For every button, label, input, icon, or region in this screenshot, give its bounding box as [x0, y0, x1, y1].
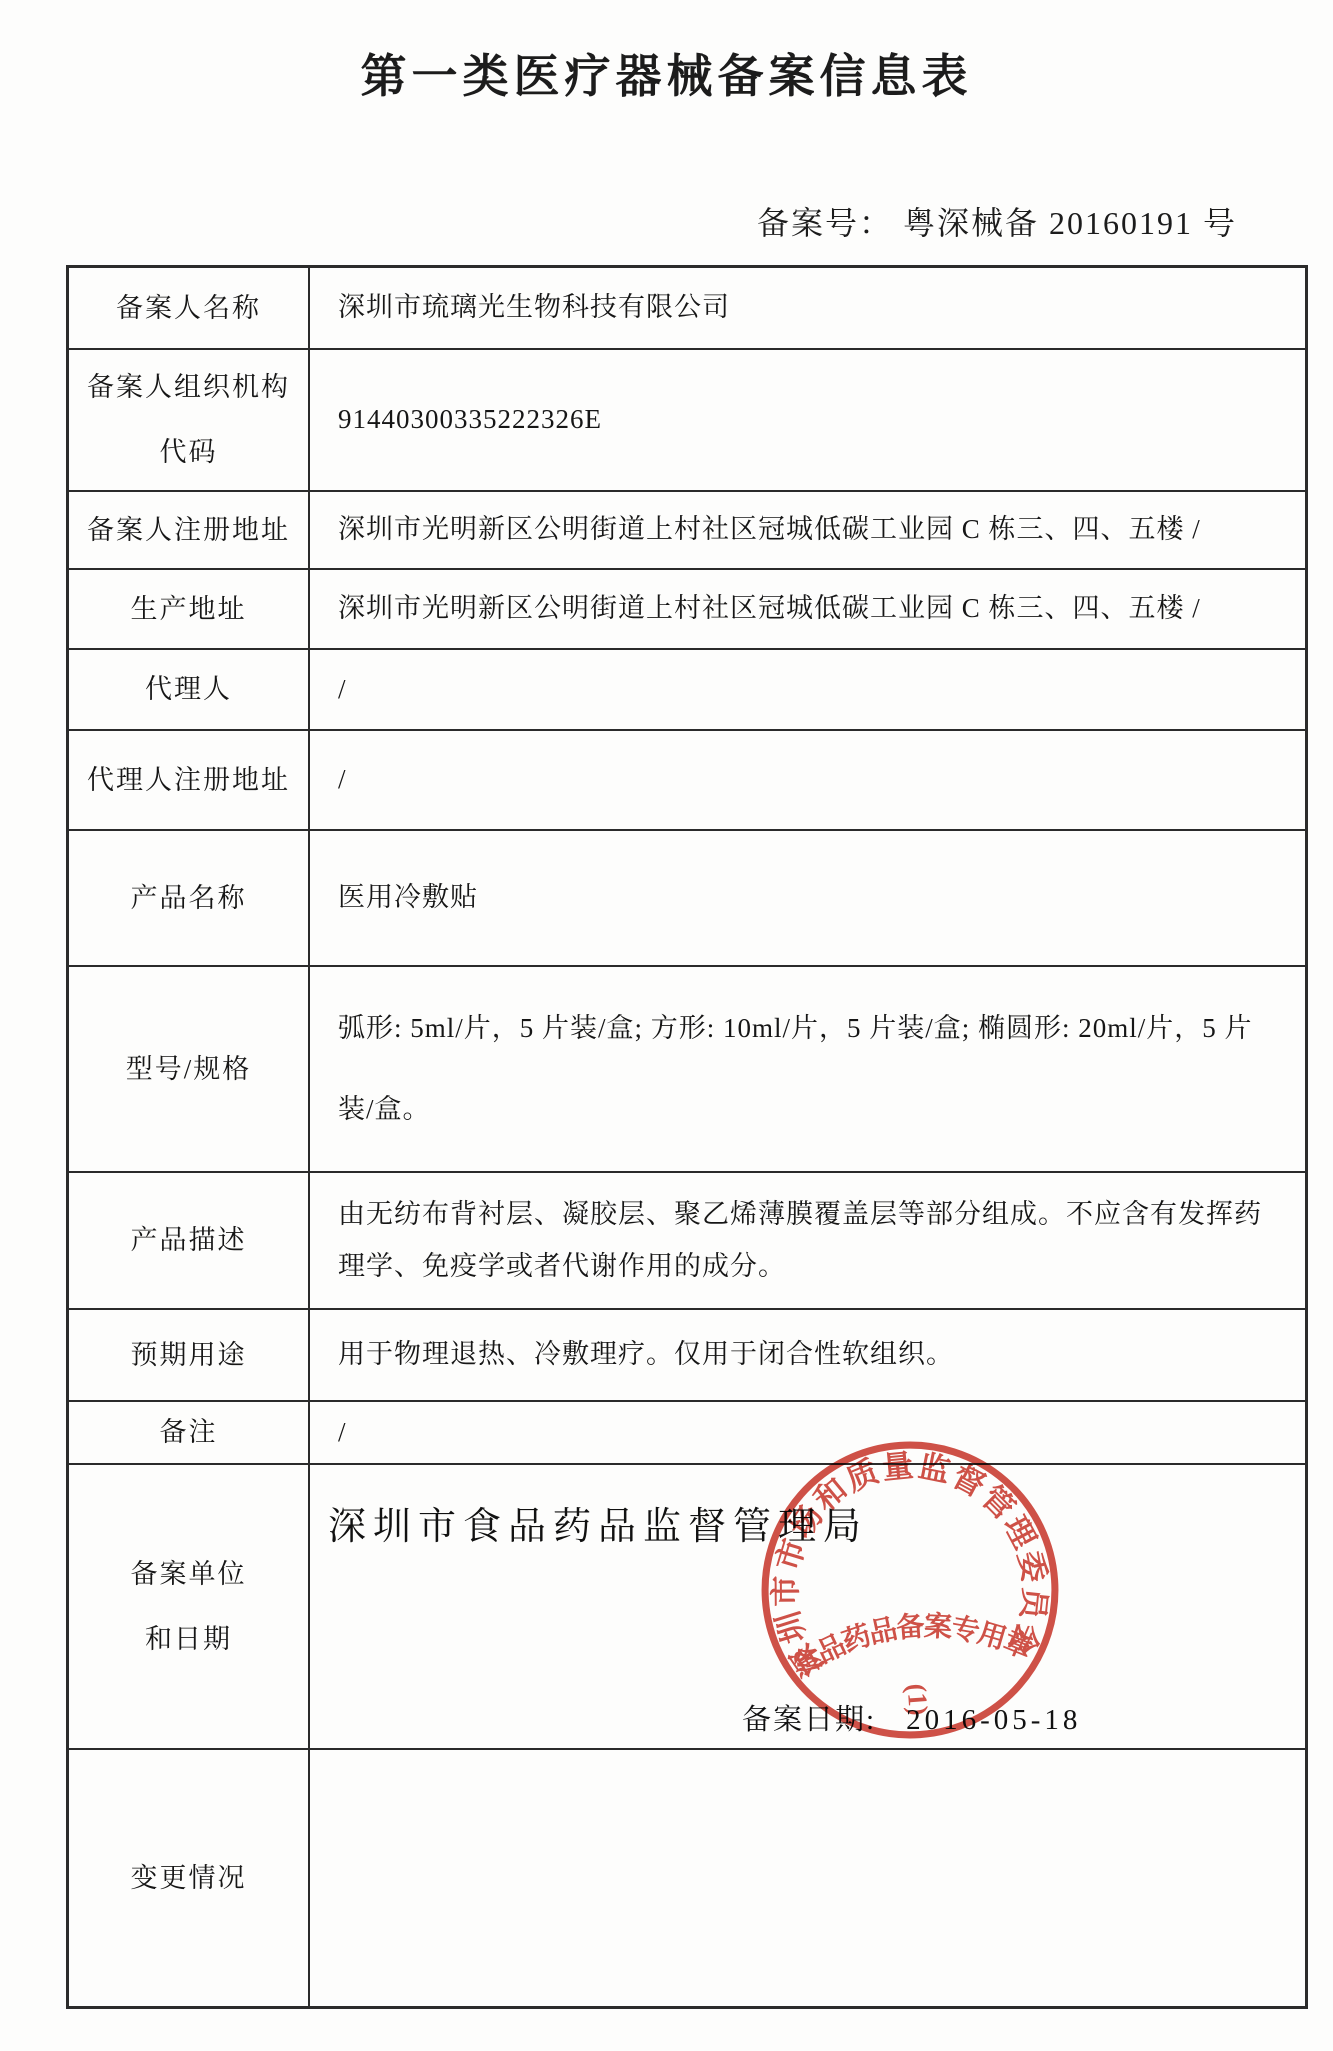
row-label: 代理人 [69, 650, 310, 729]
row-value: 医用冷敷贴 [310, 831, 1305, 965]
row-value: 深圳市琉璃光生物科技有限公司 [310, 268, 1305, 348]
row-label: 备案单位 和日期 [69, 1465, 310, 1748]
registration-number-value: 粤深械备 20160191 号 [903, 205, 1237, 241]
row-value: 弧形: 5ml/片，5 片装/盒; 方形: 10ml/片，5 片装/盒; 椭圆形… [310, 967, 1305, 1171]
table-row: 产品名称 医用冷敷贴 [69, 829, 1305, 965]
table-row: 备案人组织机构 代码 91440300335222326E [69, 348, 1305, 490]
table-row: 变更情况 [69, 1748, 1305, 2006]
table-row: 生产地址 深圳市光明新区公明街道上村社区冠城低碳工业园 C 栋三、四、五楼 / [69, 568, 1305, 648]
table-row: 备案人注册地址 深圳市光明新区公明街道上村社区冠城低碳工业园 C 栋三、四、五楼… [69, 490, 1305, 568]
row-value [310, 1750, 1305, 2006]
row-label: 变更情况 [69, 1750, 310, 2006]
row-label: 备注 [69, 1402, 310, 1463]
row-label: 生产地址 [69, 570, 310, 648]
table-row: 预期用途 用于物理退热、冷敷理疗。仅用于闭合性软组织。 [69, 1308, 1305, 1400]
registration-number-line: 备案号：粤深械备 20160191 号 [757, 198, 1237, 244]
table-row-filing-unit: 备案单位 和日期 深圳市食品药品监督管理局 备案日期:2016-05-18 [69, 1463, 1305, 1748]
table-row: 产品描述 由无纺布背衬层、凝胶层、聚乙烯薄膜覆盖层等部分组成。不应含有发挥药理学… [69, 1171, 1305, 1308]
row-value: 由无纺布背衬层、凝胶层、聚乙烯薄膜覆盖层等部分组成。不应含有发挥药理学、免疫学或… [310, 1173, 1305, 1308]
page-title: 第一类医疗器械备案信息表 [0, 40, 1333, 106]
table-row: 代理人注册地址 / [69, 729, 1305, 829]
table-row: 备案人名称 深圳市琉璃光生物科技有限公司 [69, 268, 1305, 348]
row-label: 备案人组织机构 代码 [69, 350, 310, 490]
seal-number: (1) [902, 1683, 934, 1717]
table-row: 型号/规格 弧形: 5ml/片，5 片装/盒; 方形: 10ml/片，5 片装/… [69, 965, 1305, 1171]
row-label: 备案人注册地址 [69, 492, 310, 568]
table-row: 代理人 / [69, 648, 1305, 729]
official-seal-stamp: 深圳市市场和质量监督管理委员会 食品药品备案专用章 (1) [743, 1423, 1076, 1756]
row-value: 深圳市光明新区公明街道上村社区冠城低碳工业园 C 栋三、四、五楼 / [310, 570, 1305, 648]
svg-text:食品药品备案专用章: 食品药品备案专用章 [785, 1602, 1040, 1684]
row-value: / [310, 650, 1305, 729]
row-value: / [310, 731, 1305, 829]
row-label: 备案人名称 [69, 268, 310, 348]
row-label: 型号/规格 [69, 967, 310, 1171]
registration-number-label: 备案号： [757, 205, 893, 241]
row-value: 深圳市光明新区公明街道上村社区冠城低碳工业园 C 栋三、四、五楼 / [310, 492, 1305, 568]
row-label: 代理人注册地址 [69, 731, 310, 829]
registration-info-table: 备案人名称 深圳市琉璃光生物科技有限公司 备案人组织机构 代码 91440300… [66, 265, 1308, 2009]
row-value: 91440300335222326E [310, 350, 1305, 490]
seal-inner-text: 食品药品备案专用章 [785, 1602, 1040, 1684]
row-value: 用于物理退热、冷敷理疗。仅用于闭合性软组织。 [310, 1310, 1305, 1400]
document-page: 第一类医疗器械备案信息表 备案号：粤深械备 20160191 号 备案人名称 深… [0, 0, 1333, 2051]
row-label: 预期用途 [69, 1310, 310, 1400]
row-label: 产品名称 [69, 831, 310, 965]
table-row: 备注 / [69, 1400, 1305, 1463]
row-label: 产品描述 [69, 1173, 310, 1308]
